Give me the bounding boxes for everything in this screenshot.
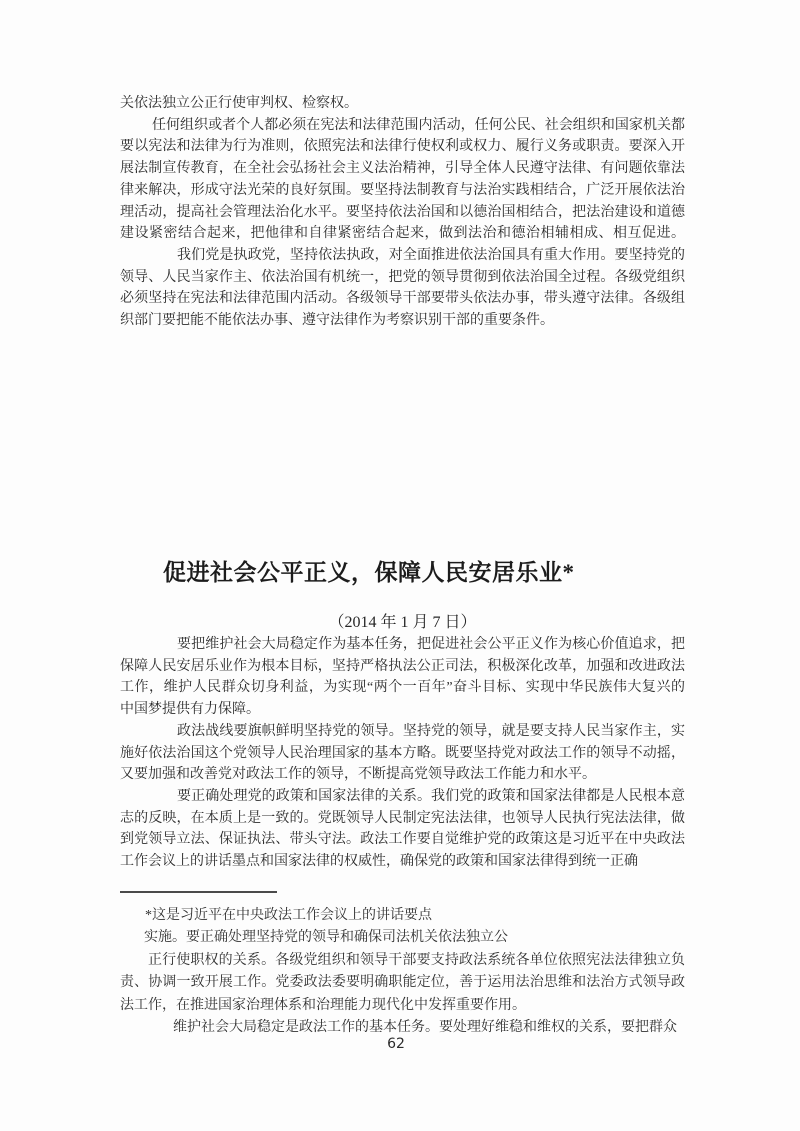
text-line: 施好依法治国这个党领导人民治理国家的基本方略。既要坚持党对政法工作的领导不动摇， bbox=[120, 743, 685, 765]
text-line: 正行使职权的关系。各级党组织和领导干部要支持政法系统各单位依照宪法法律独立负 bbox=[120, 950, 685, 972]
text-line: 织部门要把能不能依法办事、遵守法律作为考察识别干部的重要条件。 bbox=[120, 310, 685, 332]
text-line: 中国梦提供有力保障。 bbox=[120, 699, 685, 721]
text-line: 理活动，提高社会管理法治化水平。要坚持依法治国和以德治国相结合，把法治建设和道德 bbox=[120, 202, 685, 224]
top-text-block: 关依法独立公正行使审判权、检察权。任何组织或者个人都必须在宪法和法律范围内活动，… bbox=[120, 93, 685, 332]
text-line: 要把维护社会大局稳定作为基本任务，把促进社会公平正义作为核心价值追求，把 bbox=[120, 634, 685, 656]
text-line: 要正确处理党的政策和国家法律的关系。我们党的政策和国家法律都是人民根本意 bbox=[120, 786, 685, 808]
text-line: 要以宪法和法律为行为准则，依照宪法和法律行使权利或权力、履行义务或职责。要深入开 bbox=[120, 136, 685, 158]
text-line: 实施。要正确处理坚持党的领导和确保司法机关依法独立公 bbox=[120, 927, 685, 949]
text-line: 展法制宣传教育，在全社会弘扬社会主义法治精神，引导全体人民遵守法律、有问题依靠法 bbox=[120, 158, 685, 180]
text-line: 领导、人民当家作主、依法治国有机统一，把党的领导贯彻到依法治国全过程。各级党组织 bbox=[120, 267, 685, 289]
text-line: *这是习近平在中央政法工作会议上的讲话要点 bbox=[120, 905, 685, 927]
footnote-block: *这是习近平在中央政法工作会议上的讲话要点实施。要正确处理坚持党的领导和确保司法… bbox=[120, 905, 685, 1039]
document-page: 关依法独立公正行使审判权、检察权。任何组织或者个人都必须在宪法和法律范围内活动，… bbox=[0, 0, 800, 1131]
text-line: 任何组织或者个人都必须在宪法和法律范围内活动，任何公民、社会组织和国家机关都 bbox=[120, 115, 685, 137]
text-line: 工作会议上的讲话墨点和国家法律的权威性，确保党的政策和国家法律得到统一正确 bbox=[120, 851, 685, 873]
text-line: 政法战线要旗帜鲜明坚持党的领导。坚持党的领导，就是要支持人民当家作主，实 bbox=[120, 721, 685, 743]
text-line: 保障人民安居乐业作为根本目标，坚持严格执法公正司法，积极深化改革，加强和改进政法 bbox=[120, 656, 685, 678]
text-line: 责、协调一致开展工作。党委政法委要明确职能定位，善于运用法治思维和法治方式领导政 bbox=[120, 972, 685, 994]
text-line: 工作，维护人民群众切身利益，为实现“两个一百年”奋斗目标、实现中华民族伟大复兴的 bbox=[120, 677, 685, 699]
text-line: 关依法独立公正行使审判权、检察权。 bbox=[120, 93, 685, 115]
text-line: 到党领导立法、保证执法、带头守法。政法工作要自觉维护党的政策这是习近平在中央政法 bbox=[120, 829, 685, 851]
text-line: 必须坚持在宪法和法律范围内活动。各级领导干部要带头依法办事，带头遵守法律。各级组 bbox=[120, 288, 685, 310]
footnote-separator-rule bbox=[120, 891, 277, 893]
text-line: 建设紧密结合起来，把他律和自律紧密结合起来，做到法治和德治相辅相成、相互促进。 bbox=[120, 223, 685, 245]
text-line: 律来解决，形成守法光荣的良好氛围。要坚持法制教育与法治实践相结合，广泛开展依法治 bbox=[120, 180, 685, 202]
page-number: 62 bbox=[0, 1036, 792, 1052]
article-title: 促进社会公平正义，保障人民安居乐业* bbox=[163, 554, 575, 587]
text-line: 法工作，在推进国家治理体系和治理能力现代化中发挥重要作用。 bbox=[120, 995, 685, 1017]
text-line: 又要加强和改善党对政法工作的领导，不断提高党领导政法工作能力和水平。 bbox=[120, 764, 685, 786]
main-text-block: 要把维护社会大局稳定作为基本任务，把促进社会公平正义作为核心价值追求，把保障人民… bbox=[120, 634, 685, 873]
text-line: 我们党是执政党，坚持依法执政，对全面推进依法治国具有重大作用。要坚持党的 bbox=[120, 245, 685, 267]
text-line: 志的反映，在本质上是一致的。党既领导人民制定宪法法律，也领导人民执行宪法法律，做 bbox=[120, 808, 685, 830]
article-date: （2014 年 1 月 7 日） bbox=[120, 609, 685, 632]
